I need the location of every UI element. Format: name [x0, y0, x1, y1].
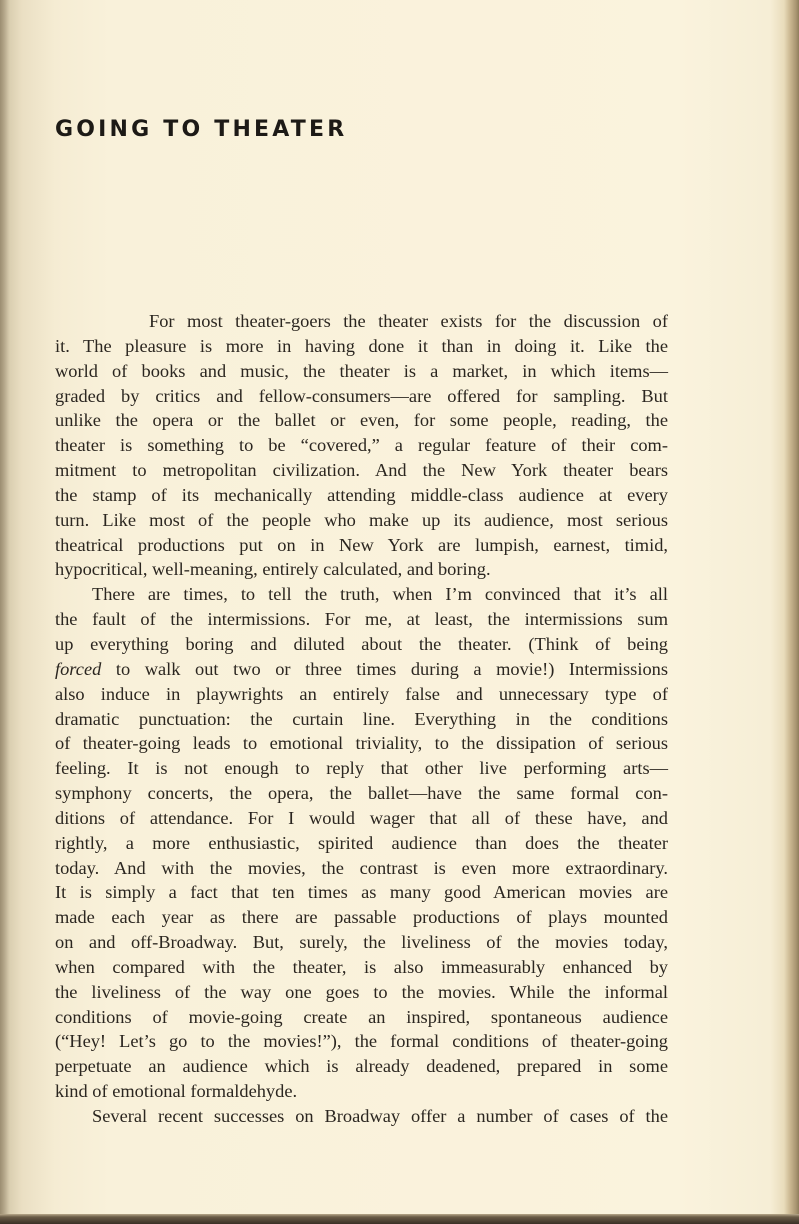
text-line: when compared with the theater, is also …	[55, 955, 668, 980]
text-line: the stamp of its mechanically attending …	[55, 483, 668, 508]
text-line: There are times, to tell the truth, when…	[55, 582, 668, 607]
text-line: theater is something to be “covered,” a …	[55, 433, 668, 458]
body-text: For most theater-goers the theater exist…	[55, 309, 668, 1129]
text-line: Several recent successes on Broadway off…	[55, 1104, 668, 1129]
text-line: world of books and music, the theater is…	[55, 359, 668, 384]
text-line: kind of emotional formaldehyde.	[55, 1079, 668, 1104]
text-line: made each year as there are passable pro…	[55, 905, 668, 930]
text-line: symphony concerts, the opera, the ballet…	[55, 781, 668, 806]
text-line: the fault of the intermissions. For me, …	[55, 607, 668, 632]
text-line: today. And with the movies, the contrast…	[55, 856, 668, 881]
text-line: rightly, a more enthusiastic, spirited a…	[55, 831, 668, 856]
italic-word: forced	[55, 659, 101, 679]
text-line: graded by critics and fellow-consumers—a…	[55, 384, 668, 409]
page-bottom-edge	[0, 1214, 799, 1224]
text-line: (“Hey! Let’s go to the movies!”), the fo…	[55, 1029, 668, 1054]
text-line: also induce in playwrights an entirely f…	[55, 682, 668, 707]
text-segment: to walk out two or three times during a …	[101, 659, 668, 679]
text-line: turn. Like most of the people who make u…	[55, 508, 668, 533]
text-line: unlike the opera or the ballet or even, …	[55, 408, 668, 433]
chapter-title: GOING TO THEATER	[55, 117, 347, 142]
text-line: mitment to metropolitan civilization. An…	[55, 458, 668, 483]
text-line: dramatic punctuation: the curtain line. …	[55, 707, 668, 732]
book-page: GOING TO THEATER For most theater-goers …	[0, 0, 799, 1224]
text-line: up everything boring and diluted about t…	[55, 632, 668, 657]
text-line: For most theater-goers the theater exist…	[55, 309, 668, 334]
text-line: It is simply a fact that ten times as ma…	[55, 880, 668, 905]
text-line: conditions of movie-going create an insp…	[55, 1005, 668, 1030]
text-line: feeling. It is not enough to reply that …	[55, 756, 668, 781]
text-line: ditions of attendance. For I would wager…	[55, 806, 668, 831]
text-line: theatrical productions put on in New Yor…	[55, 533, 668, 558]
text-line: on and off-Broadway. But, surely, the li…	[55, 930, 668, 955]
text-line: it. The pleasure is more in having done …	[55, 334, 668, 359]
text-line: perpetuate an audience which is already …	[55, 1054, 668, 1079]
spine-shadow	[0, 0, 10, 1224]
text-line: hypocritical, well-meaning, entirely cal…	[55, 557, 668, 582]
text-line: the liveliness of the way one goes to th…	[55, 980, 668, 1005]
text-line: forced to walk out two or three times du…	[55, 657, 668, 682]
text-line: of theater-going leads to emotional triv…	[55, 731, 668, 756]
